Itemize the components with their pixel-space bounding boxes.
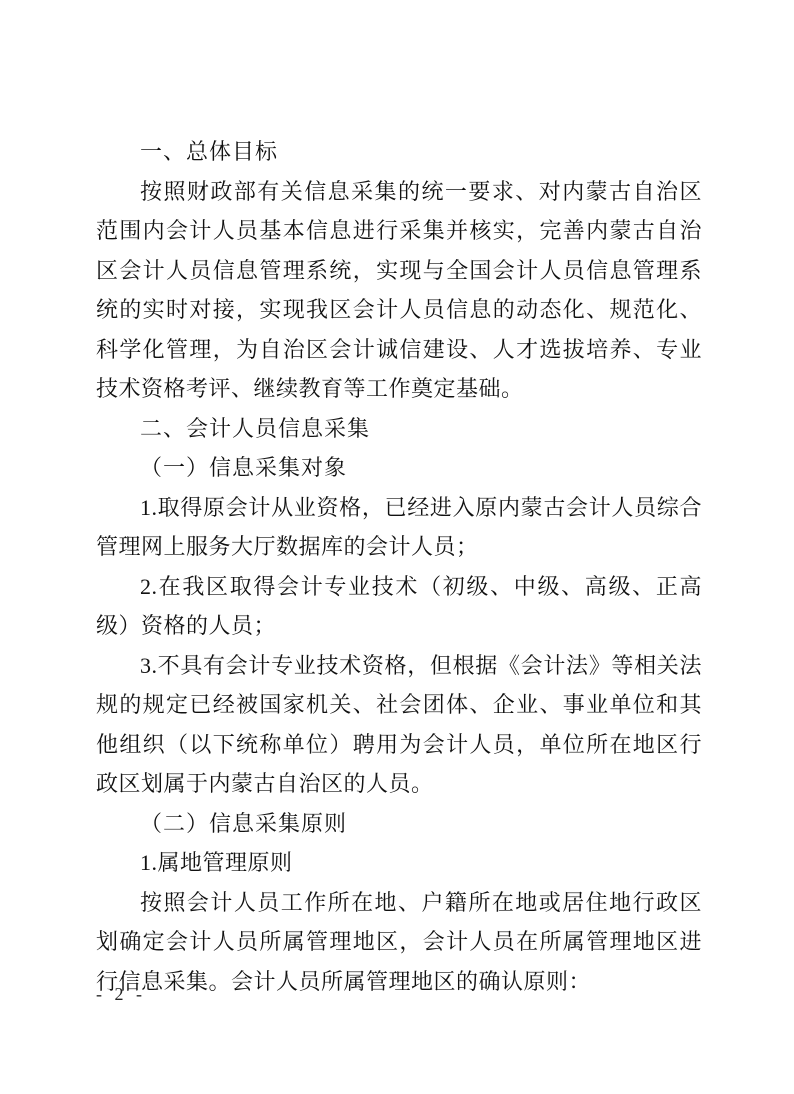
paragraph-target-2: 2.在我区取得会计专业技术（初级、中级、高级、正高级）资格的人员； <box>96 567 702 646</box>
heading-info-collection: 二、会计人员信息采集 <box>96 409 702 449</box>
paragraph-target-1: 1.取得原会计从业资格，已经进入原内蒙古会计人员综合管理网上服务大厅数据库的会计… <box>96 488 702 567</box>
page-number: - 2 - <box>96 984 146 1005</box>
document-page: 一、总体目标 按照财政部有关信息采集的统一要求、对内蒙古自治区范围内会计人员基本… <box>0 0 794 1094</box>
document-body: 一、总体目标 按照财政部有关信息采集的统一要求、对内蒙古自治区范围内会计人员基本… <box>96 132 702 1001</box>
paragraph-target-3: 3.不具有会计专业技术资格，但根据《会计法》等相关法规的规定已经被国家机关、社会… <box>96 646 702 804</box>
paragraph-territorial-principle: 按照会计人员工作所在地、户籍所在地或居住地行政区划确定会计人员所属管理地区，会计… <box>96 883 702 1002</box>
heading-overall-goal: 一、总体目标 <box>96 132 702 172</box>
heading-collection-targets: （一）信息采集对象 <box>96 448 702 488</box>
heading-territorial-principle: 1.属地管理原则 <box>96 843 702 883</box>
paragraph-overall-goal: 按照财政部有关信息采集的统一要求、对内蒙古自治区范围内会计人员基本信息进行采集并… <box>96 172 702 409</box>
heading-collection-principles: （二）信息采集原则 <box>96 804 702 844</box>
